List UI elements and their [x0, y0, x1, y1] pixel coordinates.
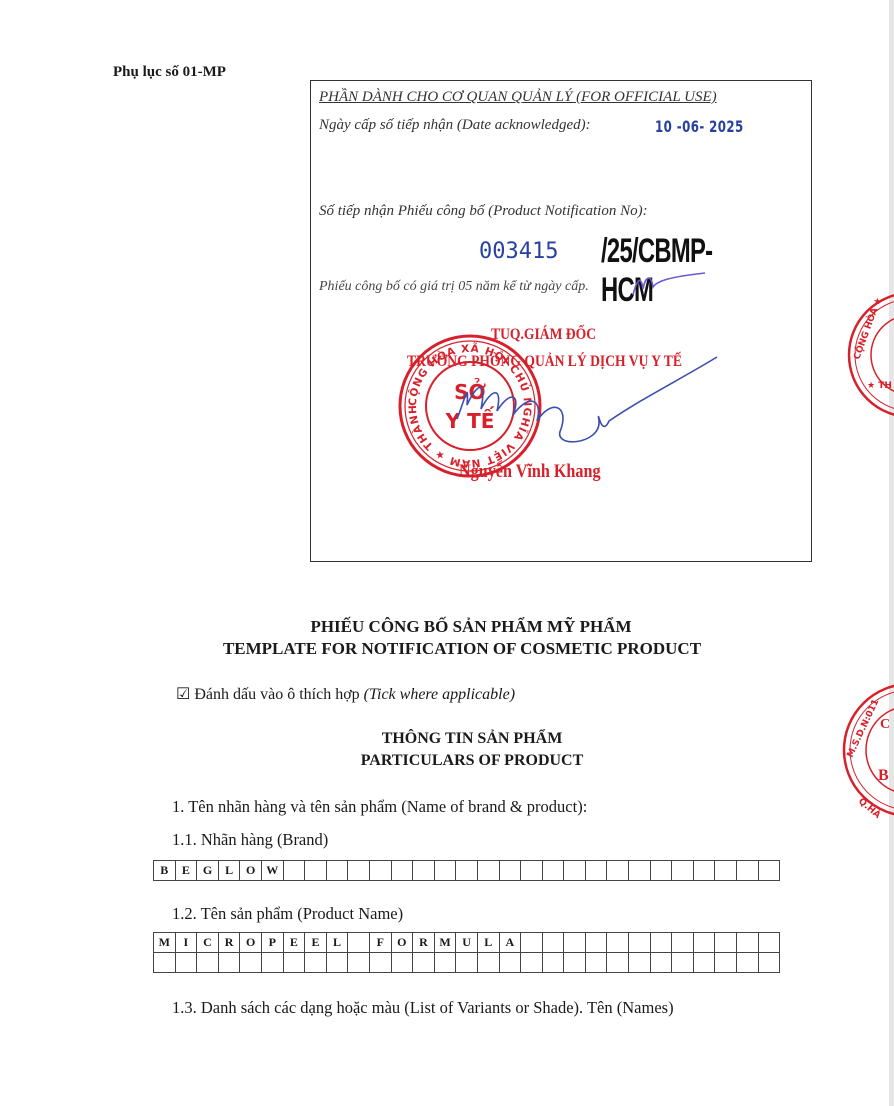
signatory-name: Nguyễn Vĩnh Khang [459, 461, 601, 483]
product-char-cell: I [175, 933, 197, 953]
brand-char-cell: E [175, 861, 197, 881]
product-char-cell [650, 933, 672, 953]
product-char-cell [607, 933, 629, 953]
product-char-cell [672, 933, 694, 953]
brand-char-cell [413, 861, 435, 881]
brand-char-cell [715, 861, 737, 881]
notification-number-stamp: 003415 [479, 239, 558, 264]
product-char-cell [240, 953, 262, 973]
brand-char-cell: O [240, 861, 262, 881]
product-char-cell [564, 933, 586, 953]
section-title-vn: THÔNG TIN SẢN PHẨM [0, 730, 894, 748]
product-char-cell: E [305, 933, 327, 953]
brand-char-cell [456, 861, 478, 881]
product-char-cell [737, 933, 759, 953]
product-char-cell: L [477, 933, 499, 953]
product-char-cell [737, 953, 759, 973]
form-title-vn: PHIẾU CÔNG BỐ SẢN PHẨM MỸ PHẨM [0, 617, 894, 637]
brand-char-cell [629, 861, 651, 881]
brand-char-cell [521, 861, 543, 881]
product-char-cell: U [456, 933, 478, 953]
brand-char-cell [326, 861, 348, 881]
brand-char-cell [693, 861, 715, 881]
section-title-en: PARTICULARS OF PRODUCT [0, 752, 894, 770]
brand-char-cell: B [154, 861, 176, 881]
form-title-en: TEMPLATE FOR NOTIFICATION OF COSMETIC PR… [0, 639, 894, 659]
product-char-cell [542, 933, 564, 953]
brand-char-cell: W [261, 861, 283, 881]
product-char-cell [197, 953, 219, 973]
brand-char-cell [585, 861, 607, 881]
scan-edge-strip [889, 0, 894, 1106]
product-char-cell [499, 953, 521, 973]
product-char-cell: M [154, 933, 176, 953]
date-acknowledged-label: Ngày cấp số tiếp nhận (Date acknowledged… [319, 117, 591, 134]
brand-char-cell [391, 861, 413, 881]
product-char-cell: R [413, 933, 435, 953]
tick-instruction-en: (Tick where applicable) [364, 686, 515, 703]
item-1-2-label: 1.2. Tên sản phẩm (Product Name) [172, 904, 403, 924]
validity-note: Phiếu công bố có giá trị 05 năm kể từ ng… [319, 279, 589, 295]
product-char-cell [283, 953, 305, 973]
product-char-cell [758, 953, 780, 973]
tick-instruction: ☑ Đánh dấu vào ô thích hợp (Tick where a… [176, 684, 515, 704]
appendix-label: Phụ lục số 01-MP [113, 64, 226, 81]
product-char-cell [672, 953, 694, 973]
svg-text:M.S.D.N:011: M.S.D.N:011 [846, 698, 882, 759]
tick-instruction-vn: Đánh dấu vào ô thích hợp [194, 686, 359, 703]
product-char-cell [607, 953, 629, 973]
side-seal-bottom-icon: M.S.D.N:011 C B Q.HÀ [838, 680, 894, 820]
product-char-cell: A [499, 933, 521, 953]
brand-char-cell [758, 861, 780, 881]
product-char-cell [154, 953, 176, 973]
svg-text:★ TH: ★ TH [867, 381, 892, 391]
brand-char-cell [477, 861, 499, 881]
product-char-cell: C [197, 933, 219, 953]
product-char-cell: O [240, 933, 262, 953]
item-1-3-label: 1.3. Danh sách các dạng hoặc màu (List o… [172, 998, 674, 1018]
product-char-cell [218, 953, 240, 973]
product-char-cell [715, 933, 737, 953]
brand-char-cell [607, 861, 629, 881]
product-char-cell [305, 953, 327, 973]
signatory-title-1: TUQ.GIÁM ĐỐC [491, 326, 596, 344]
product-char-cell [348, 933, 370, 953]
product-char-cell [413, 953, 435, 973]
handwritten-signature-icon [451, 349, 721, 459]
product-char-cell [542, 953, 564, 973]
product-char-cell [348, 953, 370, 973]
checkbox-checked-icon: ☑ [176, 686, 190, 703]
brand-char-cell [499, 861, 521, 881]
product-char-cell [693, 953, 715, 973]
brand-char-cell [564, 861, 586, 881]
product-char-cell [477, 953, 499, 973]
side-seal-top-icon: CỘNG HÒA ★ ★ TH [845, 290, 894, 420]
brand-char-cell [434, 861, 456, 881]
product-char-cell [261, 953, 283, 973]
brand-char-cell [542, 861, 564, 881]
product-char-cell [564, 953, 586, 973]
product-char-cell: O [391, 933, 413, 953]
product-char-cell [629, 933, 651, 953]
brand-char-cell [283, 861, 305, 881]
product-char-cell [629, 953, 651, 973]
product-char-cell: R [218, 933, 240, 953]
product-char-cell: M [434, 933, 456, 953]
brand-char-cell [305, 861, 327, 881]
brand-char-cell [737, 861, 759, 881]
product-char-cell [758, 933, 780, 953]
product-char-cell [391, 953, 413, 973]
official-use-title: PHẦN DÀNH CHO CƠ QUAN QUẢN LÝ (FOR OFFIC… [319, 89, 717, 106]
product-name-char-grid: MICROPEELFORMULA [153, 932, 780, 973]
brand-char-cell [369, 861, 391, 881]
product-char-cell [521, 933, 543, 953]
product-char-cell: L [326, 933, 348, 953]
brand-char-cell: G [197, 861, 219, 881]
item-1-label: 1. Tên nhãn hàng và tên sản phẩm (Name o… [172, 797, 587, 817]
product-char-cell [434, 953, 456, 973]
product-char-cell: F [369, 933, 391, 953]
item-1-1-label: 1.1. Nhãn hàng (Brand) [172, 830, 328, 850]
product-char-cell [326, 953, 348, 973]
official-use-box: PHẦN DÀNH CHO CƠ QUAN QUẢN LÝ (FOR OFFIC… [310, 80, 812, 562]
product-char-cell [650, 953, 672, 973]
brand-char-grid: BEGLOW [153, 860, 780, 881]
initials-signature-icon [629, 269, 709, 299]
brand-char-cell [650, 861, 672, 881]
date-acknowledged-stamp: 10 -06- 2025 [655, 117, 744, 136]
product-char-cell [585, 953, 607, 973]
brand-char-cell [672, 861, 694, 881]
product-char-cell: E [283, 933, 305, 953]
brand-char-cell: L [218, 861, 240, 881]
product-char-cell [715, 953, 737, 973]
brand-char-cell [348, 861, 370, 881]
product-char-cell: P [261, 933, 283, 953]
notification-number-label: Số tiếp nhận Phiếu công bố (Product Noti… [319, 203, 648, 220]
product-char-cell [585, 933, 607, 953]
product-char-cell [175, 953, 197, 973]
product-char-cell [693, 933, 715, 953]
product-char-cell [456, 953, 478, 973]
product-char-cell [521, 953, 543, 973]
product-char-cell [369, 953, 391, 973]
